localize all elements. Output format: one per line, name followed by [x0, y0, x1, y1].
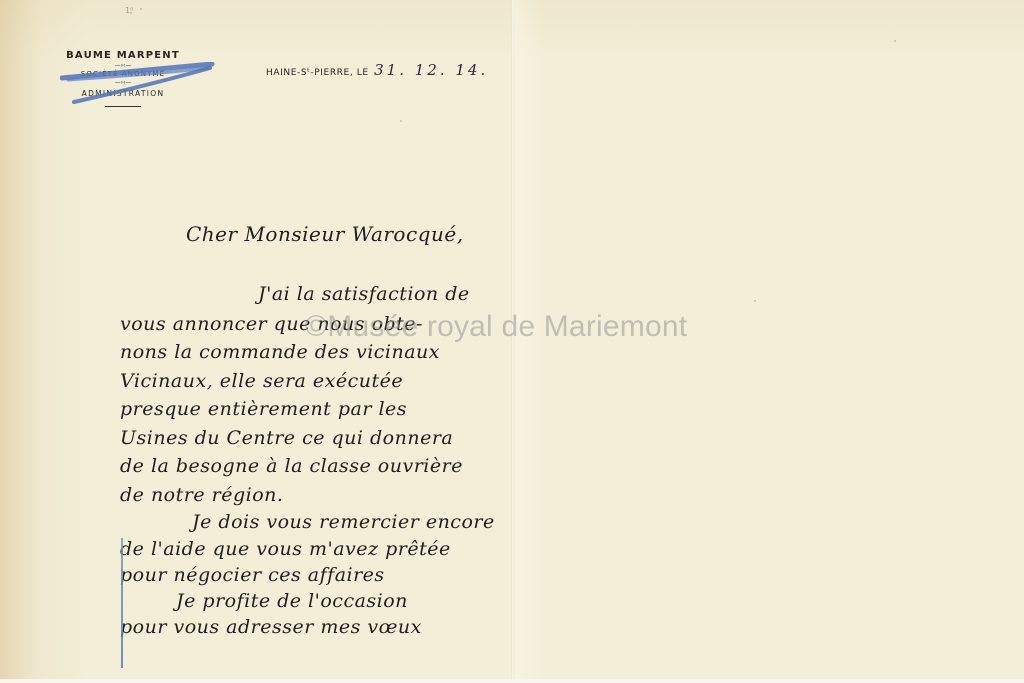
letterhead-company: BAUME MARPENT	[58, 50, 188, 61]
letter-line: de l'aide que vous m'avez prêtée	[120, 538, 451, 560]
letterhead-rule	[105, 106, 141, 107]
letter-line: Usines du Centre ce qui donnera	[120, 427, 453, 449]
letter-line: Vicinaux, elle sera exécutée	[120, 370, 403, 392]
handwritten-date: 31. 12. 14.	[374, 61, 488, 79]
letter-line: de la besogne à la classe ouvrière	[120, 455, 463, 477]
letter-line: nons la commande des vicinaux	[120, 341, 440, 363]
letter-line: presque entièrement par les	[120, 398, 407, 420]
letter-line: de notre région.	[120, 484, 283, 506]
scan-edge	[0, 679, 1024, 683]
ornament-divider: —›‹—	[58, 79, 188, 86]
scanned-letter: 1⁰ BAUME MARPENT —›‹— SOCIÉTÉ ANONYME —›…	[0, 0, 1024, 683]
letter-line: pour négocier ces affaires	[120, 564, 385, 586]
letter-line: Je profite de l'occasion	[176, 590, 408, 612]
letterhead: BAUME MARPENT —›‹— SOCIÉTÉ ANONYME —›‹— …	[58, 50, 188, 107]
blue-margin-mark	[121, 538, 123, 668]
letter-line: J'ai la satisfaction de	[258, 283, 470, 305]
museum-watermark: ©Musée royal de Mariemont	[305, 310, 687, 344]
salutation: Cher Monsieur Warocqué,	[186, 222, 464, 246]
letterhead-department: ADMINISTRATION	[58, 89, 188, 98]
ornament-divider: —›‹—	[58, 62, 188, 69]
letterhead-subtitle: SOCIÉTÉ ANONYME	[58, 70, 188, 78]
letter-line: Je dois vous remercier encore	[192, 511, 495, 533]
printed-place: HAINE-Sᵗ-PIERRE, LE	[266, 68, 369, 78]
page-number-mark: 1⁰	[125, 6, 139, 16]
place-and-date: HAINE-Sᵗ-PIERRE, LE 31. 12. 14.	[266, 61, 488, 79]
letter-line: pour vous adresser mes vœux	[120, 616, 422, 638]
